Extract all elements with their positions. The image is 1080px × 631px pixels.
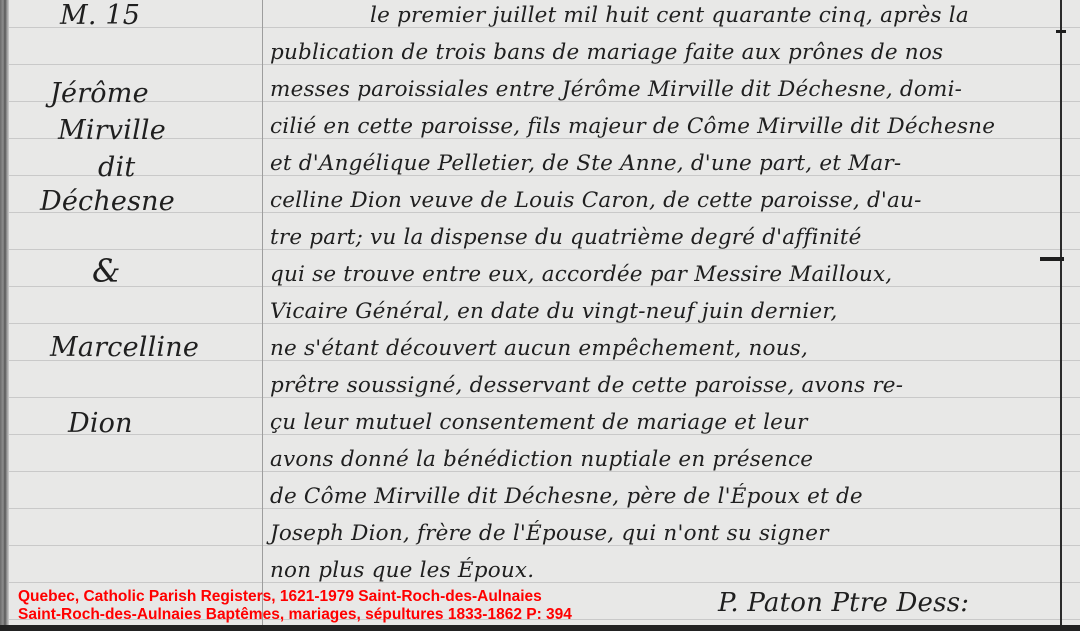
body-line: celline Dion veuve de Louis Caron, de ce… bbox=[270, 188, 922, 213]
register-page: M. 15 Jérôme Mirville dit Déchesne & Mar… bbox=[0, 0, 1080, 625]
body-line: çu leur mutuel consentement de mariage e… bbox=[270, 410, 808, 435]
source-caption-line-1: Quebec, Catholic Parish Registers, 1621-… bbox=[18, 588, 542, 606]
body-line: de Côme Mirville dit Déchesne, père de l… bbox=[270, 484, 863, 509]
ink-mark bbox=[1056, 30, 1066, 33]
body-line: cilié en cette paroisse, fils majeur de … bbox=[270, 114, 995, 139]
ink-mark bbox=[1040, 257, 1064, 261]
body-line: le premier juillet mil huit cent quarant… bbox=[370, 3, 969, 28]
margin-name-line: Jérôme bbox=[50, 78, 149, 109]
margin-name-line: Déchesne bbox=[40, 186, 175, 217]
body-line: avons donné la bénédiction nuptiale en p… bbox=[270, 447, 813, 472]
ampersand: & bbox=[92, 252, 121, 290]
body-line: et d'Angélique Pelletier, de Ste Anne, d… bbox=[270, 151, 901, 176]
entry-number: M. 15 bbox=[60, 0, 140, 31]
body-line: prêtre soussigné, desservant de cette pa… bbox=[270, 373, 903, 398]
body-line: qui se trouve entre eux, accordée par Me… bbox=[270, 262, 892, 287]
source-caption-line-2: Saint-Roch-des-Aulnaies Baptêmes, mariag… bbox=[18, 606, 572, 624]
body-line: tre part; vu la dispense du quatrième de… bbox=[270, 225, 862, 250]
bottom-edge bbox=[0, 625, 1080, 631]
body-line: Joseph Dion, frère de l'Épouse, qui n'on… bbox=[270, 521, 829, 546]
body-line: Vicaire Général, en date du vingt-neuf j… bbox=[270, 299, 838, 324]
margin-name-line: dit bbox=[98, 152, 135, 183]
margin-name-line: Marcelline bbox=[50, 332, 199, 363]
margin-name-line: Dion bbox=[68, 408, 133, 439]
body-line: non plus que les Époux. bbox=[270, 558, 534, 583]
body-line: ne s'étant découvert aucun empêchement, … bbox=[270, 336, 808, 361]
margin-line bbox=[262, 0, 263, 625]
body-line: messes paroissiales entre Jérôme Mirvill… bbox=[270, 77, 962, 102]
body-line: publication de trois bans de mariage fai… bbox=[270, 40, 943, 65]
page-binding-edge bbox=[0, 0, 9, 625]
priest-signature: P. Paton Ptre Dess: bbox=[718, 588, 969, 618]
ruled-line bbox=[9, 582, 1080, 583]
margin-name-line: Mirville bbox=[58, 115, 166, 146]
right-border-line bbox=[1060, 0, 1062, 625]
